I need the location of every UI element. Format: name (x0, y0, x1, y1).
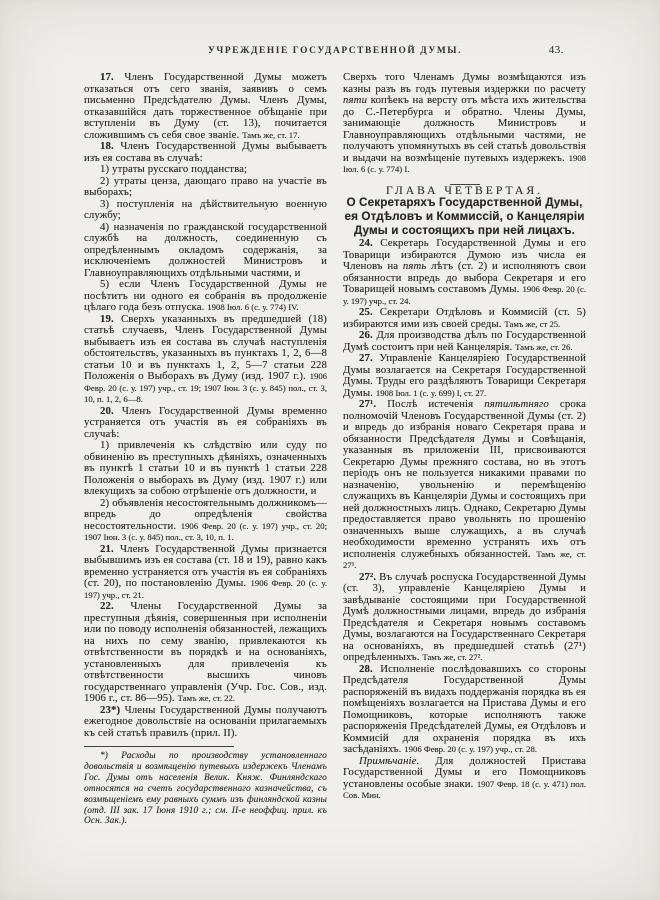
list-item: 3) поступленія на дѣйствительную военную… (84, 199, 327, 222)
legal-citation: Тамъ же, ст. 22. (178, 693, 235, 703)
footnote: *) Расходы по производству установленнаг… (84, 751, 327, 827)
article-number: 26. (359, 329, 376, 341)
chapter-heading: ГЛАВА ЧЕТВЕРТАЯ. (343, 185, 586, 197)
left-column: 17. Членъ Государственной Думы можетъ от… (84, 72, 327, 827)
running-header: УЧРЕЖДЕНІЕ ГОСУДАРСТВЕННОЙ ДУМЫ. 43. (84, 46, 586, 61)
legal-citation: Тамъ же, ст. 27¹. (343, 549, 586, 571)
list-item: 1) утраты русскаго подданства; (84, 164, 327, 176)
list-item: 2) объявленія несостоятельнымъ должником… (84, 498, 327, 544)
list-item: 4) назначенія по гражданской государстве… (84, 222, 327, 280)
article-number: 21. (100, 543, 120, 555)
legal-citation: 1906 Февр. 20 (с. у. 197) учр., ст. 24. (343, 284, 586, 306)
article-paragraph: 27. Управленіе Канцеляріею Государственн… (343, 353, 586, 399)
running-header-title: УЧРЕЖДЕНІЕ ГОСУДАРСТВЕННОЙ ДУМЫ. (84, 46, 586, 56)
article-number: 22. (100, 600, 130, 612)
legal-citation: Тамъ же, ст 25. (504, 319, 560, 329)
list-item: 5) если Членъ Государственной Думы не по… (84, 279, 327, 314)
article-paragraph: 22. Члены Государственной Думы за престу… (84, 601, 327, 705)
article-paragraph: 17. Членъ Государственной Думы можетъ от… (84, 72, 327, 141)
article-paragraph: 24. Секретарь Государственной Думы и его… (343, 238, 586, 307)
legal-citation: 1907 Февр. 18 (с. у. 471) пол. Сов. Мин. (343, 779, 586, 801)
legal-citation: 1908 Іюл. 6 (с. у. 774) I. (343, 153, 586, 175)
legal-citation: 1906 Февр. 20 (с. у. 197) учр., ст. 20; … (84, 521, 327, 543)
article-number: 28. (359, 663, 380, 675)
list-item: 2) утраты ценза, дающаго право на участі… (84, 176, 327, 199)
article-number: 27. (359, 352, 379, 364)
legal-citation: 1906 Февр. 20 (с. у. 197) учр., ст. 28. (404, 744, 537, 754)
footnote-rule (84, 746, 234, 747)
article-paragraph: 20. Членъ Государственной Думы временно … (84, 406, 327, 441)
article-number: 18. (100, 140, 120, 152)
article-paragraph: 23*) Члены Государственной Думы получают… (84, 705, 327, 740)
page-number: 43. (549, 44, 564, 56)
legal-citation: Тамъ же, ст. 26. (515, 342, 572, 352)
scanned-page: { "page": { "colors": { "paper": "#f0efe… (0, 0, 660, 900)
legal-citation: 1906 Февр. 20 (с. у. 197) учр., ст. 21. (84, 578, 327, 600)
legal-citation: Тамъ же, ст. 17. (242, 130, 299, 140)
article-number: 19. (100, 313, 121, 325)
section-subheading: О Секретаряхъ Государственной Думы, ея О… (343, 196, 586, 238)
article-number: 27¹. (359, 398, 387, 410)
article-paragraph: 26. Для производства дѣлъ по Государстве… (343, 330, 586, 353)
legal-citation: 1908 Іюл. 6 (с. у. 774) IV. (207, 302, 298, 312)
article-number: 23*) (100, 704, 125, 716)
article-number: 20. (100, 405, 122, 417)
legal-citation: Тамъ же, ст. 27². (422, 652, 482, 662)
list-item: 1) привлеченія къ слѣдствію или суду по … (84, 440, 327, 498)
legal-citation: 1906 Февр. 20 (с. у. 197) учр., ст. 19; … (84, 371, 327, 404)
article-paragraph: 25. Секретари Отдѣловъ и Коммисій (ст. 5… (343, 307, 586, 330)
note-paragraph: Примѣчаніе. Для должностей Пристава Госу… (343, 756, 586, 802)
article-paragraph: 27². Въ случаѣ роспуска Государственной … (343, 572, 586, 664)
right-column: Сверхъ того Членамъ Думы возмѣщаются изъ… (343, 72, 586, 827)
article-paragraph: 28. Исполненіе послѣдовавшихъ со стороны… (343, 664, 586, 756)
article-number: 27². (359, 571, 379, 583)
article-paragraph: 18. Членъ Государственной Думы выбываетъ… (84, 141, 327, 164)
article-number: 17. (100, 71, 124, 83)
continuation-paragraph: Сверхъ того Членамъ Думы возмѣщаются изъ… (343, 72, 586, 176)
article-paragraph: 27¹. Послѣ истеченія пятилѣтняго срока п… (343, 399, 586, 572)
text-columns: 17. Членъ Государственной Думы можетъ от… (84, 72, 586, 827)
page-content: УЧРЕЖДЕНІЕ ГОСУДАРСТВЕННОЙ ДУМЫ. 43. 17.… (84, 46, 586, 827)
article-number: 24. (359, 237, 380, 249)
legal-citation: 1908 Іюл. 1 (с. у. 699) I, ст. 27. (376, 388, 486, 398)
article-paragraph: 21. Членъ Государственной Думы признаетс… (84, 544, 327, 602)
article-number: 25. (359, 306, 380, 318)
article-paragraph: 19. Сверхъ указанныхъ въ предшедшей (18)… (84, 314, 327, 406)
